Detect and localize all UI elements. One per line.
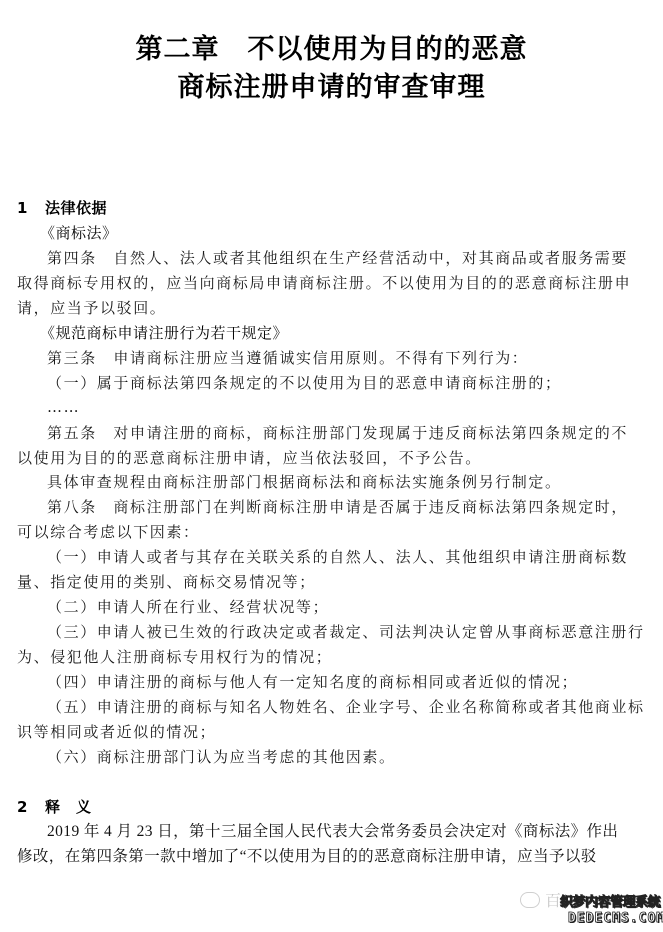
article-line: （四）申请注册的商标与他人有一定知名度的商标相同或者近似的情况； — [47, 672, 578, 692]
section-1-heading: 1法律依据 — [17, 198, 107, 218]
chapter-title-line-1: 第二章 不以使用为目的的恶意 — [0, 27, 663, 66]
article-line: 第四条 自然人、法人或者其他组织在生产经营活动中，对其商品或者服务需要 — [47, 248, 628, 268]
watermark-en-text: DEDECMS.COM — [568, 911, 663, 926]
article-line: （五）申请注册的商标与知名人物姓名、企业字号、企业名称简称或者其他商业标 — [47, 697, 645, 717]
article-line: 以使用为目的的恶意商标注册申请，应当依法驳回，不予公告。 — [17, 448, 482, 468]
article-line: 为、侵犯他人注册商标专用权行为的情况； — [17, 647, 332, 667]
watermark-cn-text: 织梦内容管理系统 — [560, 891, 660, 910]
article-line: （一）属于商标法第四条规定的不以使用为目的恶意申请商标注册的； — [47, 373, 562, 393]
article-line: 量、指定使用的类别、商标交易情况等； — [17, 572, 316, 592]
section-title: 法律依据 — [45, 199, 107, 217]
paragraph-line: 2019 年 4 月 23 日，第十三届全国人民代表大会常务委员会决定对《商标法… — [47, 822, 618, 842]
article-line: 第三条 申请商标注册应当遵循诚实信用原则。不得有下列行为： — [47, 348, 528, 368]
article-line: 第八条 商标注册部门在判断商标注册申请是否属于违反商标法第四条规定时， — [47, 497, 628, 517]
watermark-faint-text: 百 — [545, 888, 561, 911]
article-line: 具体审查规程由商标注册部门根据商标法和商标法实施条例另行制定。 — [47, 472, 562, 492]
watermark: 百 织梦内容管理系统 DEDECMS.COM — [520, 888, 663, 932]
paragraph-line: 修改，在第四条第一款中增加了“不以使用为目的的恶意商标注册申请，应当予以驳 — [17, 847, 597, 867]
law-name-regulations: 《规范商标申请注册行为若干规定》 — [40, 323, 288, 343]
article-line: 识等相同或者近似的情况； — [17, 722, 216, 742]
wechat-icon — [520, 892, 540, 908]
article-line: 请，应当予以驳回。 — [17, 298, 166, 318]
article-line: 第五条 对申请注册的商标，商标注册部门发现属于违反商标法第四条规定的不 — [47, 423, 628, 443]
section-title: 释 义 — [45, 798, 92, 816]
chapter-title-line-2: 商标注册申请的审查审理 — [0, 65, 663, 104]
article-line: （二）申请人所在行业、经营状况等； — [47, 597, 329, 617]
section-number: 2 — [17, 797, 45, 817]
article-line: （三）申请人被已生效的行政决定或者裁定、司法判决认定曾从事商标恶意注册行 — [47, 622, 645, 642]
law-name-trademark-law: 《商标法》 — [40, 223, 118, 243]
ellipsis-line: …… — [47, 397, 80, 417]
article-line: （六）商标注册部门认为应当考虑的其他因素。 — [47, 747, 396, 767]
section-2-heading: 2释 义 — [17, 797, 92, 817]
article-line: 可以综合考虑以下因素： — [17, 522, 200, 542]
article-line: （一）申请人或者与其存在关联关系的自然人、法人、其他组织申请注册商标数 — [47, 547, 628, 567]
section-number: 1 — [17, 198, 45, 218]
article-line: 取得商标专用权的，应当向商标局申请商标注册。不以使用为目的的恶意商标注册申 — [17, 273, 631, 293]
